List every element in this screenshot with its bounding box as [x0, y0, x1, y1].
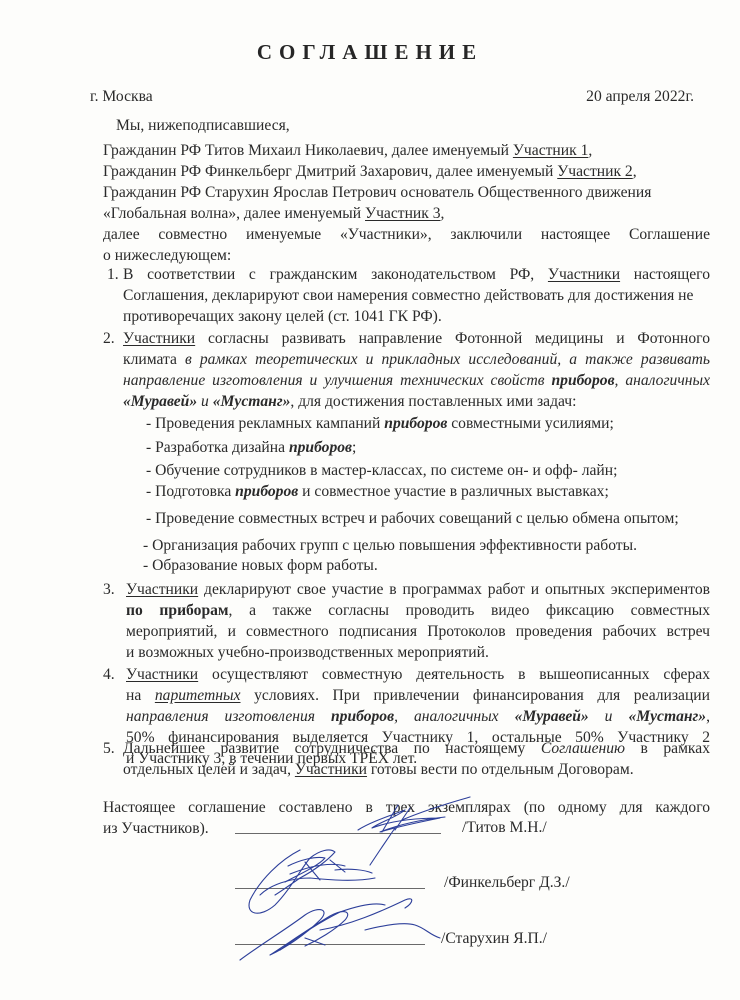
party-3-suffix: ,	[441, 205, 445, 222]
clause-2-bullet-7: - Образование новых форм работы.	[143, 557, 378, 575]
participants-term: Участники	[548, 266, 620, 283]
clause-2-line-3: направление изготовления и улучшения тех…	[123, 372, 710, 390]
clause-2-number: 2.	[103, 330, 115, 348]
clause-5-line-1: Дальнейшее развитие сотрудничества по на…	[123, 740, 710, 758]
devices-term: приборов	[551, 372, 614, 389]
party-3-text: Гражданин РФ Старухин Ярослав Петрович о…	[103, 184, 651, 201]
party-2-text: Гражданин РФ Финкельберг Дмитрий Захаров…	[103, 163, 557, 180]
text: - Проведение совместных встреч и рабочих…	[146, 510, 679, 527]
text: - Обучение сотрудников в мастер-классах,…	[146, 462, 617, 479]
party-3-cont: «Глобальная волна», далее именуемый Учас…	[103, 205, 444, 223]
text-italic: направление изготовления и улучшения тех…	[123, 372, 551, 389]
text: осуществляют совместную деятельность в в…	[198, 666, 710, 683]
text-italic: в рамках теоретических и прикладных иссл…	[185, 351, 710, 368]
devices-term: по приборам	[126, 602, 229, 619]
text-italic: направления изготовления	[126, 708, 331, 725]
participants-term: Участники	[123, 330, 195, 347]
signature-line-3	[235, 944, 425, 945]
text: настоящего	[620, 266, 710, 283]
clause-5-number: 5.	[103, 740, 115, 758]
clause-3-line-2: по приборам, а также согласны проводить …	[126, 602, 710, 620]
participants-term: Участники	[126, 581, 198, 598]
text: на	[126, 687, 155, 704]
text: климата	[123, 351, 185, 368]
signature-line-2	[235, 888, 425, 889]
clause-2-line-1: Участники согласны развивать направление…	[123, 330, 710, 348]
text: условиях. При привлечении финансирования…	[241, 687, 710, 704]
clause-5-line-2: отдельных целей и задач, Участники готов…	[123, 761, 634, 779]
clause-1-number: 1.	[107, 266, 119, 284]
signatory-name-1: /Титов М.Н./	[462, 819, 547, 837]
joint-naming-cont: о нижеследующем:	[103, 247, 231, 265]
clause-2-line-2: климата в рамках теоретических и приклад…	[123, 351, 710, 369]
party-3: Гражданин РФ Старухин Ярослав Петрович о…	[103, 184, 651, 202]
text: Дальнейшее развитие сотрудничества по на…	[123, 740, 541, 757]
clause-4-number: 4.	[103, 666, 115, 684]
clause-2-bullet-2: - Разработка дизайна приборов;	[146, 439, 356, 457]
clause-3-line-1: Участники декларируют свое участие в про…	[126, 581, 710, 599]
clause-1-line-2: Соглашения, декларируют свои намерения с…	[123, 287, 693, 305]
text: - Разработка дизайна	[146, 439, 289, 456]
text: в рамках	[625, 740, 710, 757]
device-name-mustang: «Мустанг»	[628, 708, 706, 725]
clause-2-bullet-3: - Обучение сотрудников в мастер-классах,…	[146, 462, 617, 480]
document-date: 20 апреля 2022г.	[586, 88, 694, 106]
parity-term: паритетных	[155, 687, 241, 704]
text: согласны развивать направление Фотонной …	[195, 330, 710, 347]
text: ;	[352, 439, 356, 456]
clause-2-line-4: «Муравей» и «Мустанг», для достижения по…	[123, 393, 576, 411]
document-title: СОГЛАШЕНИЕ	[0, 40, 740, 65]
clause-2-bullet-6: - Организация рабочих групп с целью повы…	[143, 537, 637, 555]
clause-3-line-4: и возможных учебно-производственных меро…	[126, 644, 489, 662]
text: , а также согласны проводить видео фикса…	[229, 602, 710, 619]
clause-4-line-3: направления изготовления приборов, анало…	[126, 708, 710, 726]
signature-line-1	[235, 833, 441, 834]
signatory-name-2: /Финкельберг Д.З./	[444, 874, 570, 892]
text: - Организация рабочих групп с целью повы…	[143, 537, 637, 554]
clause-4-line-2: на паритетных условиях. При привлечении …	[126, 687, 710, 705]
text: - Подготовка	[146, 483, 235, 500]
party-1-suffix: ,	[588, 142, 592, 159]
party-2-suffix: ,	[633, 163, 637, 180]
agreement-term: Соглашению	[541, 740, 625, 757]
clause-2-bullet-1: - Проведения рекламных кампаний приборов…	[146, 415, 614, 433]
party-2: Гражданин РФ Финкельберг Дмитрий Захаров…	[103, 163, 637, 181]
participants-term: Участники	[126, 666, 198, 683]
clause-3-line-3: мероприятий, и совместного подписания Пр…	[126, 623, 710, 641]
devices-term: приборов	[384, 415, 447, 432]
party-1: Гражданин РФ Титов Михаил Николаевич, да…	[103, 142, 592, 160]
text: совместными усилиями;	[447, 415, 613, 432]
clause-2-bullet-4: - Подготовка приборов и совместное участ…	[146, 483, 609, 501]
text-italic: , аналогичных	[615, 372, 710, 389]
clause-3-number: 3.	[103, 581, 115, 599]
clause-1-line-1: В соответствии с гражданским законодател…	[123, 266, 710, 284]
device-name-mustang: «Мустанг»	[213, 393, 291, 410]
devices-term: приборов	[331, 708, 394, 725]
closing-line-2: из Участников).	[103, 820, 209, 838]
clause-4-line-1: Участники осуществляют совместную деятел…	[126, 666, 710, 684]
text: В соответствии с гражданским законодател…	[123, 266, 548, 283]
joint-naming: далее совместно именуемые «Участники», з…	[103, 226, 710, 244]
party-2-role: Участник 2	[557, 163, 633, 180]
party-3-role: Участник 3	[365, 205, 441, 222]
devices-term: приборов	[235, 483, 298, 500]
text: декларируют свое участие в программах ра…	[198, 581, 710, 598]
clause-1-line-3: противоречащих закону целей (ст. 1041 ГК…	[123, 308, 442, 326]
closing-line-1: Настоящее соглашение составлено в трех э…	[103, 799, 710, 817]
text: - Образование новых форм работы.	[143, 557, 378, 574]
text: ,	[706, 708, 710, 725]
text-italic: , аналогичных	[394, 708, 515, 725]
text: , для достижения поставленных ими задач:	[290, 393, 576, 410]
text: готовы вести по отдельным Договорам.	[367, 761, 634, 778]
text: - Проведения рекламных кампаний	[146, 415, 384, 432]
text: отдельных целей и задач,	[123, 761, 295, 778]
party-1-text: Гражданин РФ Титов Михаил Николаевич, да…	[103, 142, 513, 159]
party-3-text-2: «Глобальная волна», далее именуемый	[103, 205, 365, 222]
participants-term: Участники	[295, 761, 367, 778]
city: г. Москва	[90, 88, 153, 106]
text-italic: и	[589, 708, 629, 725]
signatory-name-3: /Старухин Я.П./	[441, 930, 547, 948]
clause-2-bullet-5: - Проведение совместных встреч и рабочих…	[146, 510, 679, 528]
text: и совместное участие в различных выставк…	[298, 483, 609, 500]
device-name-muravey: «Муравей»	[123, 393, 197, 410]
device-name-muravey: «Муравей»	[515, 708, 589, 725]
party-1-role: Участник 1	[513, 142, 589, 159]
devices-term: приборов	[289, 439, 352, 456]
intro-line: Мы, нижеподписавшиеся,	[116, 117, 290, 135]
text-italic: и	[197, 393, 213, 410]
